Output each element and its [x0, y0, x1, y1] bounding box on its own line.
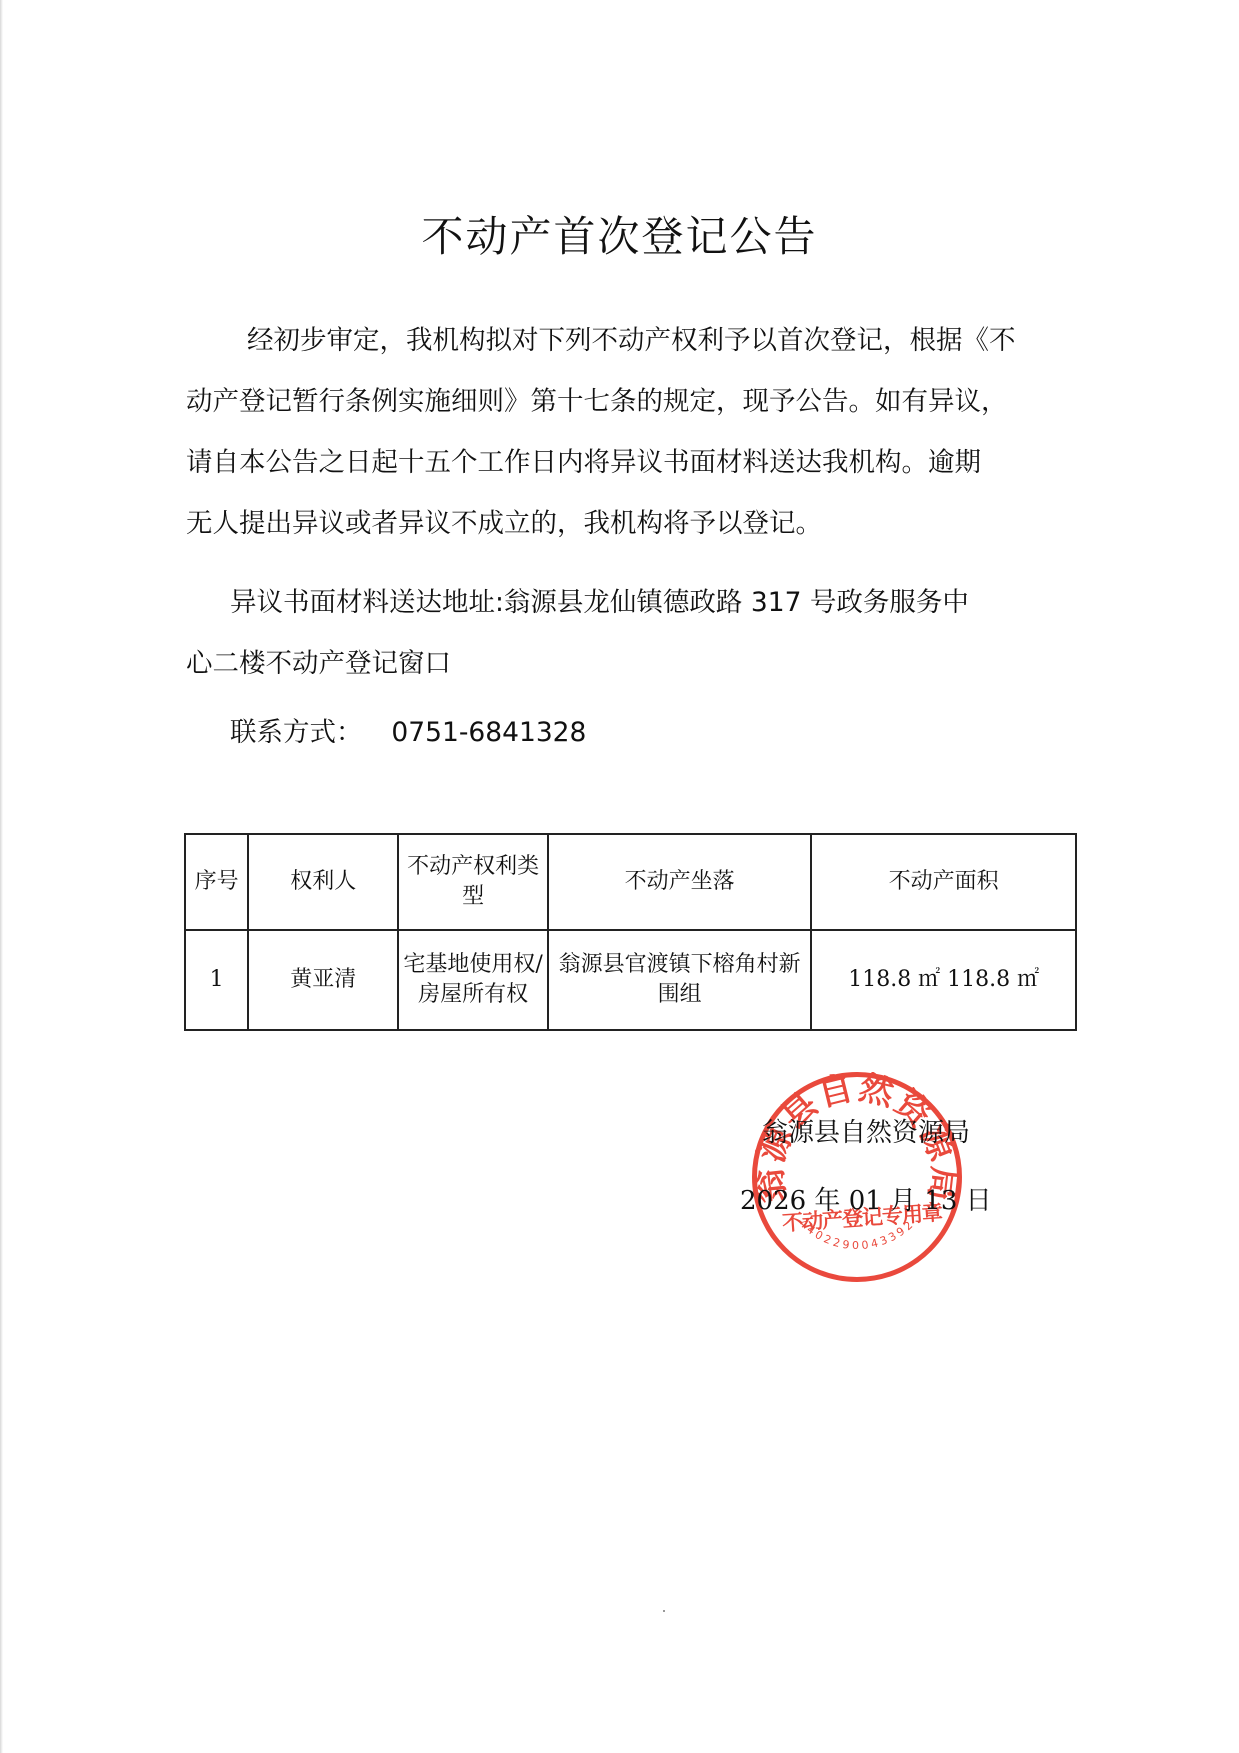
table-row: 1 黄亚清 宅基地使用权/房屋所有权 翁源县官渡镇下榕角村新围组 118.8 ㎡… [185, 930, 1076, 1030]
header-serial-number: 序号 [185, 834, 248, 930]
official-seal-stamp: 翁源县自然资源局 4402290043392 不动产登记专用章 [752, 1072, 962, 1282]
paragraph-line: 心二楼不动产登记窗口 [186, 633, 1054, 694]
cell-right-holder: 黄亚清 [248, 930, 398, 1030]
cell-right-type: 宅基地使用权/房屋所有权 [398, 930, 547, 1030]
document-title: 不动产首次登记公告 [0, 204, 1239, 264]
paragraph-line: 请自本公告之日起十五个工作日内将异议书面材料送达我机构。逾期 [186, 432, 1054, 493]
cell-serial-number: 1 [185, 930, 248, 1030]
header-right-holder: 权利人 [248, 834, 398, 930]
paragraph-line: 动产登记暂行条例实施细则》第十七条的规定，现予公告。如有异议， [186, 371, 1054, 432]
header-location: 不动产坐落 [548, 834, 812, 930]
registration-table: 序号 权利人 不动产权利类型 不动产坐落 不动产面积 1 黄亚清 宅基地使用权/… [184, 833, 1077, 1031]
table-header-row: 序号 权利人 不动产权利类型 不动产坐落 不动产面积 [185, 834, 1076, 930]
header-area: 不动产面积 [811, 834, 1076, 930]
notice-paragraph: 经初步审定，我机构拟对下列不动产权利予以首次登记，根据《不 动产登记暂行条例实施… [186, 310, 1054, 554]
seal-ring-text-icon: 翁源县自然资源局 4402290043392 [752, 1072, 962, 1282]
contact-info: 联系方式： 0751-6841328 [186, 702, 1098, 763]
cell-area: 118.8 ㎡ 118.8 ㎡ [811, 930, 1076, 1030]
paragraph-line: 无人提出异议或者异议不成立的，我机构将予以登记。 [186, 493, 1054, 554]
issue-date: 2026 年 01 月 13 日 [740, 1180, 970, 1217]
cell-location: 翁源县官渡镇下榕角村新围组 [548, 930, 812, 1030]
scan-artifact [663, 1610, 665, 1612]
contact-phone: 0751-6841328 [391, 717, 586, 748]
header-right-type: 不动产权利类型 [398, 834, 547, 930]
contact-label: 联系方式： [230, 717, 363, 748]
paragraph-line: 经初步审定，我机构拟对下列不动产权利予以首次登记，根据《不 [186, 310, 1054, 371]
paragraph-line: 异议书面材料送达地址:翁源县龙仙镇德政路 317 号政务服务中 [186, 572, 1054, 633]
issuing-organization: 翁源县自然资源局 [740, 1112, 970, 1149]
objection-address-paragraph: 异议书面材料送达地址:翁源县龙仙镇德政路 317 号政务服务中 心二楼不动产登记… [186, 572, 1054, 694]
